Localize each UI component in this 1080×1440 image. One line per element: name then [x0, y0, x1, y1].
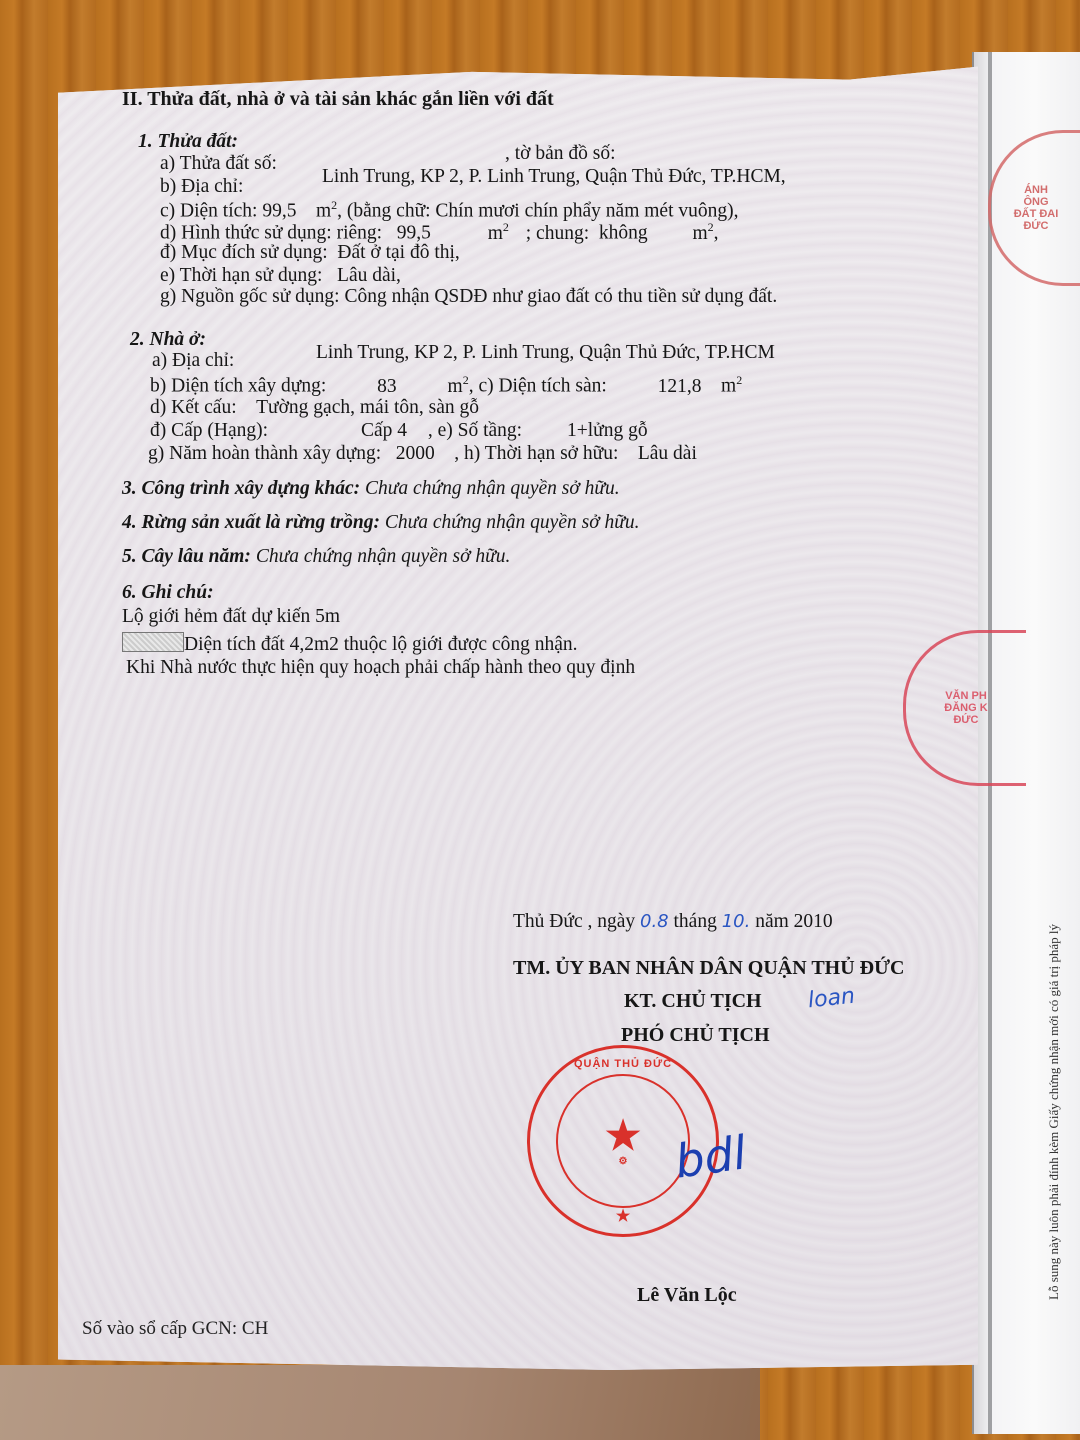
land-area-label: c) Diện tích: 99,5	[160, 201, 296, 222]
purpose: đ) Mục đích sử dụng: Đất ở tại đô thị,	[160, 242, 460, 264]
perennial-value: Chưa chứng nhận quyền sở hữu.	[256, 546, 511, 567]
floor-area-label: , c) Diện tích sàn:	[469, 376, 607, 397]
grade: đ) Cấp (Hạng): Cấp 4 , e) Số tầng: 1+lửn…	[150, 420, 648, 442]
other-works-value: Chưa chứng nhận quyền sở hữu.	[365, 478, 620, 499]
usage-shared-value: không	[599, 223, 648, 244]
completion: g) Năm hoàn thành xây dựng: 2000 , h) Th…	[148, 443, 697, 465]
usage-shared-label: ; chung:	[526, 223, 589, 244]
emblem-gear-icon: ⚙	[619, 1156, 628, 1167]
land-address-label: b) Địa chỉ:	[160, 176, 243, 198]
land-address-value: Linh Trung, KP 2, P. Linh Trung, Quận Th…	[322, 166, 786, 188]
stamp-text: ÔNG	[1023, 196, 1048, 208]
stamp-text: ĐỨC	[953, 714, 978, 726]
perennial-label: 5. Cây lâu năm:	[122, 546, 251, 567]
date-month: 10.	[722, 911, 751, 932]
position: PHÓ CHỦ TỊCH	[621, 1024, 770, 1047]
date-year: năm 2010	[755, 911, 832, 932]
other-works-label: 3. Công trình xây dựng khác:	[122, 478, 360, 499]
purpose-label: đ) Mục đích sử dụng:	[160, 242, 328, 263]
usage-private-value: 99,5	[397, 223, 431, 244]
authority: TM. ỦY BAN NHÂN DÂN QUẬN THỦ ĐỨC	[513, 957, 904, 980]
ownership-label: , h) Thời hạn sở hữu:	[454, 443, 618, 464]
unit: m	[721, 376, 736, 397]
unit: m	[448, 376, 463, 397]
forest: 4. Rừng sản xuất là rừng trồng: Chưa chứ…	[122, 512, 640, 534]
year-value: 2000	[396, 443, 435, 464]
other-works: 3. Công trình xây dựng khác: Chưa chứng …	[122, 478, 620, 500]
note-text: Diện tích đất 4,2m2 thuộc lộ giới được c…	[184, 634, 578, 655]
seal-emblem: ★ ⚙	[556, 1074, 690, 1208]
house-heading: 2. Nhà ở:	[130, 329, 206, 351]
house-address-value: Linh Trung, KP 2, P. Linh Trung, Quận Th…	[316, 342, 775, 364]
land-area: c) Diện tích: 99,5 m2, (bằng chữ: Chín m…	[160, 198, 738, 223]
registration-stamp-top: ÁNH ÔNG ĐẤT ĐAI ĐỨC	[988, 130, 1080, 286]
parcel-no-label: a) Thửa đất số:	[160, 153, 277, 175]
date-day: 0.8	[640, 911, 669, 932]
notes-heading: 6. Ghi chú:	[122, 582, 214, 604]
signer-name: Lê Văn Lộc	[637, 1284, 737, 1307]
duration-label: e) Thời hạn sử dụng:	[160, 265, 322, 286]
area-unit: m	[488, 223, 503, 244]
stamp-text: ÁNH	[1024, 184, 1048, 196]
note-line: Diện tích đất 4,2m2 thuộc lộ giới được c…	[122, 632, 578, 656]
redacted-box	[122, 632, 184, 652]
place-date: Thủ Đức , ngày 0.8 tháng 10. năm 2010	[513, 911, 833, 933]
land-area-words: , (bằng chữ: Chín mươi chín phẩy năm mét…	[337, 201, 738, 222]
house-address-label: a) Địa chỉ:	[152, 350, 234, 372]
registry-number: Số vào sổ cấp GCN: CH	[82, 1318, 268, 1340]
seal-ring-text: QUẬN THỦ ĐỨC	[574, 1058, 672, 1070]
structure-value: Tường gạch, mái tôn, sàn gỗ	[256, 397, 479, 418]
section-title: II. Thửa đất, nhà ở và tài sản khác gắn …	[122, 88, 554, 111]
small-star-icon: ★	[616, 1206, 630, 1226]
usage-form-label: d) Hình thức sử dụng: riêng:	[160, 223, 382, 244]
stamp-text: VĂN PH	[945, 690, 987, 702]
certificate-content: II. Thửa đất, nhà ở và tài sản khác gắn …	[0, 0, 1080, 1440]
place-date-prefix: Thủ Đức , ngày	[513, 911, 635, 932]
forest-label: 4. Rừng sản xuất là rừng trồng:	[122, 512, 380, 533]
forest-value: Chưa chứng nhận quyền sở hữu.	[385, 512, 640, 533]
built-area-label: b) Diện tích xây dựng:	[150, 376, 326, 397]
ownership-value: Lâu dài	[638, 443, 697, 464]
initials: loan	[807, 984, 856, 1014]
built-area: b) Diện tích xây dựng: 83 m2, c) Diện tí…	[150, 373, 742, 398]
stamp-text: ĐỨC	[1023, 220, 1048, 232]
purpose-value: Đất ở tại đô thị,	[337, 242, 459, 263]
area-unit: m	[693, 223, 708, 244]
floors-value: 1+lửng gỗ	[567, 420, 648, 441]
origin-label: g) Nguồn gốc sử dụng:	[160, 286, 340, 307]
signature: bdl	[672, 1125, 750, 1188]
year-label: g) Năm hoàn thành xây dựng:	[148, 443, 381, 464]
structure-label: d) Kết cấu:	[150, 397, 237, 418]
land-heading: 1. Thửa đất:	[138, 131, 238, 153]
built-area-value: 83	[377, 376, 397, 397]
note-line: Khi Nhà nước thực hiện quy hoạch phải ch…	[126, 657, 635, 679]
origin-value: Công nhận QSDĐ như giao đất có thu tiền …	[344, 286, 777, 307]
month-label: tháng	[674, 911, 717, 932]
stamp-text: ĐĂNG K	[944, 702, 987, 714]
on-behalf: KT. CHỦ TỊCH	[624, 990, 762, 1013]
map-sheet-label: , tờ bản đồ số:	[505, 143, 616, 165]
grade-value: Cấp 4	[361, 420, 407, 441]
note-line: Lộ giới hẻm đất dự kiến 5m	[122, 606, 340, 628]
floor-area-value: 121,8	[658, 376, 702, 397]
duration: e) Thời hạn sử dụng: Lâu dài,	[160, 265, 401, 287]
origin: g) Nguồn gốc sử dụng: Công nhận QSDĐ như…	[160, 286, 777, 308]
structure: d) Kết cấu: Tường gạch, mái tôn, sàn gỗ	[150, 397, 479, 419]
duration-value: Lâu dài,	[337, 265, 401, 286]
star-icon: ★	[605, 1116, 641, 1156]
usage-form: d) Hình thức sử dụng: riêng: 99,5 m2 ; c…	[160, 220, 719, 245]
stamp-text: ĐẤT ĐAI	[1014, 208, 1059, 220]
grade-label: đ) Cấp (Hạng):	[150, 420, 268, 441]
area-unit: m	[316, 201, 331, 222]
perennial: 5. Cây lâu năm: Chưa chứng nhận quyền sở…	[122, 546, 510, 568]
floors-label: , e) Số tầng:	[428, 420, 522, 441]
registration-stamp-mid: VĂN PH ĐĂNG K ĐỨC	[903, 630, 1026, 786]
